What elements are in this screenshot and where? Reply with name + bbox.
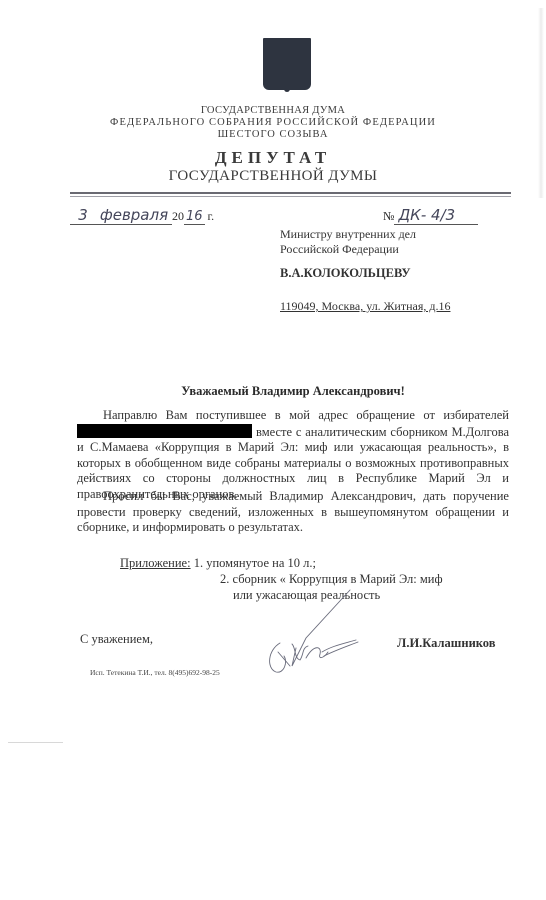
addressee-address: 119049, Москва, ул. Житная, д.16	[280, 299, 450, 314]
number-value: ДК- 4/3	[394, 206, 478, 225]
coat-of-arms-emblem	[263, 38, 311, 90]
date-year-prefix: 20	[172, 209, 184, 224]
letterhead-subtitle: ГОСУДАРСТВЕННОЙ ДУМЫ	[0, 168, 546, 185]
document-date: 3 февраля 20 16 г.	[70, 206, 214, 225]
letter-paragraph-1: Направлю Вам поступившее в мой адрес обр…	[77, 408, 509, 502]
letterhead-rule-thick	[70, 192, 511, 194]
addressee-title-line-1: Министру внутренних дел	[280, 227, 416, 242]
date-day: 3	[70, 206, 96, 225]
addressee-name: В.А.КОЛОКОЛЬЦЕВУ	[280, 266, 411, 281]
letterhead-line-1: ГОСУДАРСТВЕННАЯ ДУМА	[0, 105, 546, 116]
date-year-suffix: 16	[184, 209, 205, 225]
letterhead-title: ДЕПУТАТ	[0, 148, 546, 168]
document-number: № ДК- 4/3	[383, 206, 478, 225]
date-month: февраля	[96, 206, 172, 225]
paragraph-1-start: Направлю Вам поступившее в мой адрес обр…	[103, 408, 509, 422]
addressee-title-line-2: Российской Федерации	[280, 242, 399, 257]
scan-artifact-line	[8, 742, 63, 743]
redaction-block	[77, 424, 252, 438]
date-suffix: г.	[208, 209, 215, 224]
handwritten-signature-icon	[262, 588, 362, 680]
executor-contact: Исп. Тетекина Т.И., тел. 8(495)692-98-25	[90, 668, 220, 677]
appendix-label: Приложение:	[120, 556, 191, 570]
signer-name: Л.И.Калашников	[397, 636, 496, 651]
letterhead-line-2: ФЕДЕРАЛЬНОГО СОБРАНИЯ РОССИЙСКОЙ ФЕДЕРАЦ…	[0, 117, 546, 128]
number-label: №	[383, 209, 394, 224]
emblem-point	[284, 88, 290, 92]
appendix-item-1: 1. упомянутое на 10 л.;	[194, 556, 316, 570]
salutation: Уважаемый Владимир Александрович!	[0, 384, 546, 399]
closing-regards: С уважением,	[80, 632, 153, 647]
appendix: Приложение: 1. упомянутое на 10 л.;	[120, 556, 316, 572]
letter-paragraph-2: Просил бы Вас, уважаемый Владимир Алекса…	[77, 489, 509, 536]
appendix-item-2-line-1: 2. сборник « Коррупция в Марий Эл: миф	[220, 572, 443, 587]
letterhead-rule-thin	[70, 196, 511, 197]
letterhead-line-3: ШЕСТОГО СОЗЫВА	[0, 129, 546, 140]
